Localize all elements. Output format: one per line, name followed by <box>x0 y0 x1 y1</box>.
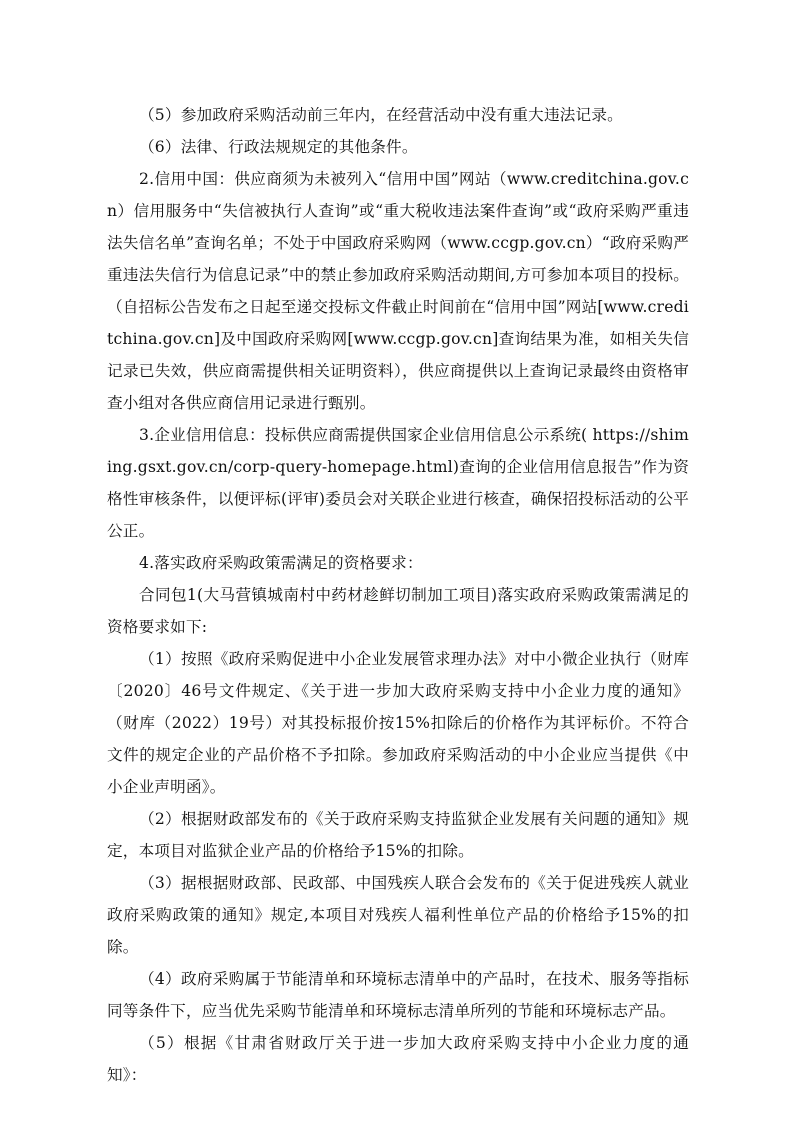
paragraph-policy-1-sme: （1）按照《政府采购促进中小企业发展管求理办法》对中小微企业执行（财库〔2020… <box>107 643 689 803</box>
document-page: （5）参加政府采购活动前三年内，在经营活动中没有重大违法记录。 （6）法律、行政… <box>107 99 689 1091</box>
paragraph-policy-5-gansu: （5）根据《甘肃省财政厅关于进一步加大政府采购支持中小企业力度的通知》： <box>107 1027 689 1091</box>
paragraph-credit-china: 2.信用中国：供应商须为未被列入“信用中国”网站（www.creditchina… <box>107 163 689 419</box>
paragraph-policy-heading: 4.落实政府采购政策需满足的资格要求： <box>107 547 689 579</box>
paragraph-condition-5: （5）参加政府采购活动前三年内，在经营活动中没有重大违法记录。 <box>107 99 689 131</box>
paragraph-contract-package: 合同包1(大马营镇城南村中药材趁鲜切制加工项目)落实政府采购政策需满足的资格要求… <box>107 579 689 643</box>
paragraph-enterprise-credit: 3.企业信用信息：投标供应商需提供国家企业信用信息公示系统( https://s… <box>107 419 689 547</box>
paragraph-policy-3-disabled: （3）据根据财政部、民政部、中国残疾人联合会发布的《关于促进残疾人就业政府采购政… <box>107 867 689 963</box>
paragraph-policy-2-prison: （2）根据财政部发布的《关于政府采购支持监狱企业发展有关问题的通知》规定，本项目… <box>107 803 689 867</box>
paragraph-condition-6: （6）法律、行政法规规定的其他条件。 <box>107 131 689 163</box>
paragraph-policy-4-energy: （4）政府采购属于节能清单和环境标志清单中的产品时，在技术、服务等指标同等条件下… <box>107 963 689 1027</box>
